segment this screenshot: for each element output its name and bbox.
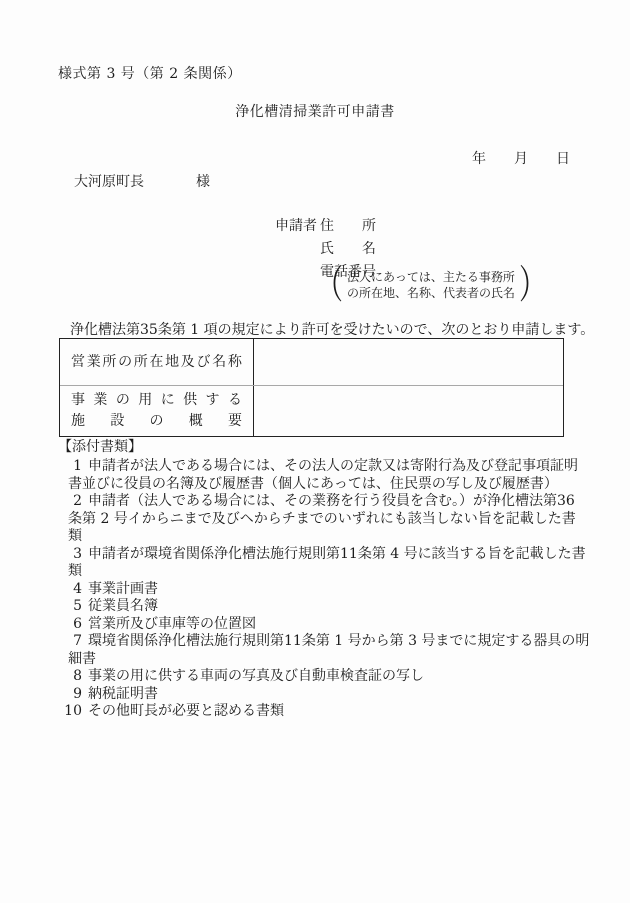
- attachment-number: 6: [58, 616, 82, 634]
- attachments-list: 1 申請者が法人である場合には、その法人の定款又は寄附行為及び登記事項証明 書並…: [58, 458, 576, 721]
- attachment-number: 2: [58, 493, 82, 511]
- attachment-text-continuation: 類: [58, 563, 576, 581]
- attachment-text: 申請者（法人である場合には、その業務を行う役員を含む。）が浄化槽法第36: [88, 493, 575, 511]
- attachment-item: 8 事業の用に供する車両の写真及び自動車検査証の写し: [58, 668, 576, 686]
- corporate-note-line-1: 法人にあっては、主たる事務所: [347, 270, 515, 286]
- corporate-note-text: 法人にあっては、主たる事務所 の所在地、名称、代表者の氏名: [347, 270, 515, 301]
- attachment-text-continuation: 書並びに役員の名簿及び履歴書（個人にあっては、住民票の写し及び履歴書）: [58, 476, 576, 494]
- attachment-text: 納税証明書: [88, 686, 158, 704]
- form-number: 様式第 3 号（第 2 条関係）: [58, 63, 242, 83]
- attachment-item: 5 従業員名簿: [58, 598, 576, 616]
- attachment-item: 4 事業計画書: [58, 581, 576, 599]
- application-form-page: 様式第 3 号（第 2 条関係） 浄化槽清掃業許可申請書 年 月 日 大河原町長…: [0, 0, 630, 903]
- attachment-item: 10 その他町長が必要と認める書類: [58, 703, 576, 721]
- attachment-number: 7: [58, 633, 82, 651]
- facility-summary-label-line-2: 施設の概要: [71, 411, 242, 432]
- applicant-address-line: 住 所: [320, 215, 376, 238]
- table-row: 営業所の所在地及び名称: [60, 339, 563, 386]
- facility-summary-value-cell: [254, 386, 563, 436]
- attachment-text: 環境省関係浄化槽法施行規則第11条第 1 号から第 3 号までに規定する器具の明: [88, 633, 589, 651]
- attachments-heading: 【添付書類】: [58, 436, 142, 456]
- attachment-item: 3 申請者が環境省関係浄化槽法施行規則第11条第 4 号に該当する旨を記載した書…: [58, 546, 576, 581]
- facility-summary-label-line-1: 事業の用に供する: [71, 390, 242, 411]
- attachment-text: 事業計画書: [88, 581, 158, 599]
- honorific-label: 様: [196, 174, 210, 190]
- attachment-text-continuation: 条第 2 号イからニまで及びヘからチまでのいずれにも該当しない旨を記載した書: [58, 511, 576, 529]
- office-location-label: 営業所の所在地及び名称: [71, 352, 242, 373]
- intro-sentence: 浄化槽法第35条第 1 項の規定により許可を受けたいので、次のとおり申請します。: [70, 319, 594, 339]
- applicant-label: 申請者: [275, 215, 320, 284]
- attachment-number: 10: [58, 703, 82, 721]
- addressee-line: 大河原町長様: [74, 171, 210, 191]
- attachment-number: 8: [58, 668, 82, 686]
- attachment-text: その他町長が必要と認める書類: [88, 703, 284, 721]
- attachment-text: 営業所及び車庫等の位置図: [88, 616, 256, 634]
- corporate-note: （ 法人にあっては、主たる事務所 の所在地、名称、代表者の氏名 ）: [316, 270, 546, 301]
- attachment-item: 7 環境省関係浄化槽法施行規則第11条第 1 号から第 3 号までに規定する器具…: [58, 633, 576, 668]
- attachment-item: 6 営業所及び車庫等の位置図: [58, 616, 576, 634]
- office-location-value-cell: [254, 339, 563, 385]
- attachment-text: 従業員名簿: [88, 598, 158, 616]
- note-paren-close: ）: [519, 266, 546, 305]
- attachment-item: 2 申請者（法人である場合には、その業務を行う役員を含む。）が浄化槽法第36 条…: [58, 493, 576, 546]
- facility-summary-label-cell: 事業の用に供する 施設の概要: [60, 386, 254, 436]
- date-line: 年 月 日: [472, 148, 570, 168]
- attachment-text: 申請者が法人である場合には、その法人の定款又は寄附行為及び登記事項証明: [88, 458, 578, 476]
- attachment-number: 9: [58, 686, 82, 704]
- corporate-note-line-2: の所在地、名称、代表者の氏名: [347, 286, 515, 302]
- applicant-name-line: 氏 名: [320, 238, 376, 261]
- office-location-label-cell: 営業所の所在地及び名称: [60, 339, 254, 385]
- attachment-text-continuation: 細書: [58, 651, 576, 669]
- attachment-item: 9 納税証明書: [58, 686, 576, 704]
- page-title: 浄化槽清掃業許可申請書: [0, 101, 630, 121]
- attachment-item: 1 申請者が法人である場合には、その法人の定款又は寄附行為及び登記事項証明 書並…: [58, 458, 576, 493]
- recipient-name: 大河原町長: [74, 174, 144, 190]
- attachment-number: 3: [58, 546, 82, 564]
- note-paren-open: （: [316, 266, 343, 305]
- office-table: 営業所の所在地及び名称 事業の用に供する 施設の概要: [59, 338, 564, 437]
- attachment-number: 4: [58, 581, 82, 599]
- attachment-text: 事業の用に供する車両の写真及び自動車検査証の写し: [88, 668, 424, 686]
- attachment-number: 1: [58, 458, 82, 476]
- attachment-text: 申請者が環境省関係浄化槽法施行規則第11条第 4 号に該当する旨を記載した書: [88, 546, 586, 564]
- attachment-number: 5: [58, 598, 82, 616]
- attachment-text-continuation: 類: [58, 528, 576, 546]
- table-row: 事業の用に供する 施設の概要: [60, 386, 563, 436]
